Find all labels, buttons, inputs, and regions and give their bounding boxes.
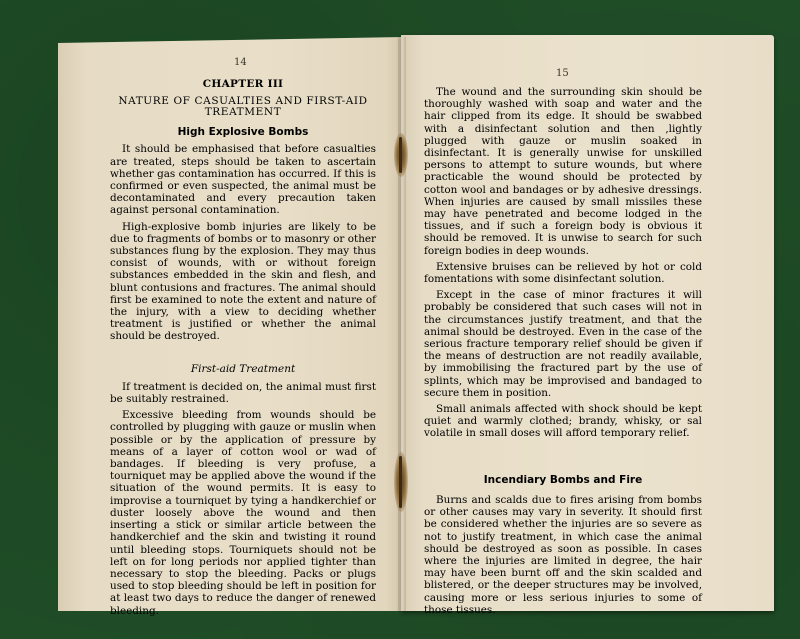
chapter-number: CHAPTER III [110, 78, 376, 90]
paragraph: Small animals affected with shock should… [424, 403, 702, 440]
right-page-content: The wound and the surrounding skin shoul… [424, 86, 702, 620]
left-page-number: 14 [234, 57, 247, 68]
paragraph: High-explosive bomb injuries are likely … [110, 221, 376, 343]
section-heading-high-explosive: High Explosive Bombs [110, 126, 376, 138]
staple-bottom [394, 452, 408, 512]
paragraph: The wound and the surrounding skin shoul… [424, 86, 702, 257]
paragraph: Excessive bleeding from wounds should be… [110, 409, 376, 616]
paragraph: It should be emphasised that before casu… [110, 143, 376, 216]
chapter-title: NATURE OF CASUALTIES AND FIRST-AID TREAT… [110, 96, 376, 118]
paragraph: Burns and scalds due to fires arising fr… [424, 494, 702, 616]
paragraph: Except in the case of minor fractures it… [424, 289, 702, 399]
subsection-heading-first-aid: First-aid Treatment [110, 363, 376, 375]
open-booklet: 14 15 CHAPTER III NATURE OF CASUALTIES A… [0, 0, 800, 639]
paragraph: If treatment is decided on, the animal m… [110, 381, 376, 405]
staple-top [394, 133, 408, 177]
section-heading-incendiary: Incendiary Bombs and Fire [424, 474, 702, 486]
paragraph: Extensive bruises can be relieved by hot… [424, 261, 702, 285]
left-page-content: CHAPTER III NATURE OF CASUALTIES AND FIR… [110, 78, 376, 621]
right-page-number: 15 [556, 68, 569, 79]
book-spine-gutter [398, 37, 406, 611]
